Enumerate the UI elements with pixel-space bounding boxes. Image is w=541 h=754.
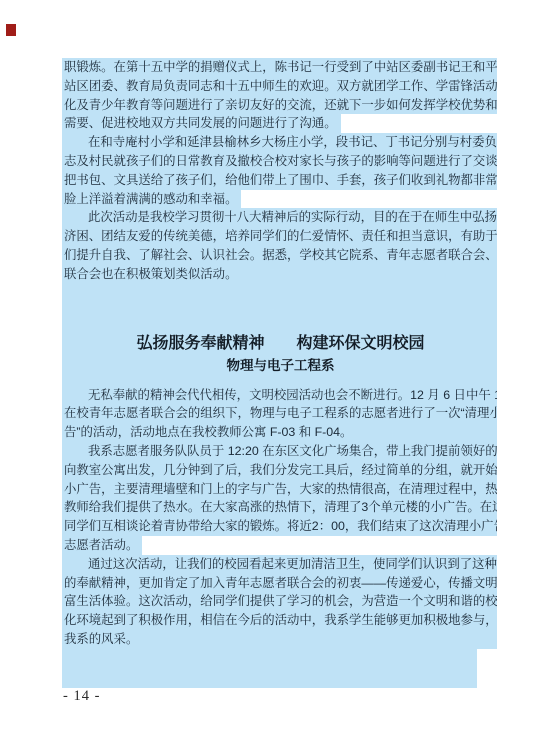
text-line: 把书包、文具送给了孩子们，给他们带上了围巾、手套，孩子们收到礼物都非常高兴， [62, 171, 497, 190]
text-line-highlight: 需要、促进校地双方共同发展的问题进行了沟通。 [62, 114, 341, 133]
page-number: - 14 - [63, 688, 100, 705]
highlight-gap [62, 284, 497, 332]
highlight-trailing-area [62, 649, 497, 688]
section-heading: 弘扬服务奉献精神 构建环保文明校园 [62, 332, 497, 356]
text-line: 我系志愿者服务队队员于 12:20 在东区文化广场集合，带上我门提前领好的工具， [62, 442, 497, 461]
text-line: 通过这次活动，让我们的校园看起来更加清洁卫生，使同学们认识到了这种宝贵 [62, 555, 497, 574]
red-corner-mark [6, 24, 16, 36]
text-line: 的奉献精神，更加肯定了加入青年志愿者联合会的初衷——传递爱心，传播文明，丰 [62, 574, 497, 593]
text-line: 联合会也在积极策划类似活动。 [62, 265, 497, 284]
text-line: 们提升自我、了解社会、认识社会。据悉，学校其它院系、青年志愿者联合会、社团 [62, 246, 497, 265]
highlight-fill [62, 649, 477, 688]
text-line: 无私奉献的精神会代代相传，文明校园活动也会不断进行。12 月 6 日中午 12 … [62, 386, 497, 405]
white-edge [477, 649, 497, 688]
text-line: 职锻炼。在第十五中学的捐赠仪式上，陈书记一行受到了中站区委副书记王和平、中 [62, 58, 497, 77]
text-line: 济困、团结友爱的传统美德，培养同学们的仁爱情怀、责任和担当意识，有助于同学 [62, 227, 497, 246]
text-line: 在校青年志愿者联合会的组织下，物理与电子工程系的志愿者进行了一次“清理小广 [62, 404, 497, 423]
text-line: 小广告，主要清理墙壁和门上的字与广告，大家的热情很高，在清理过程中，热心的 [62, 480, 497, 499]
text-line: 此次活动是我校学习贯彻十八大精神后的实际行动，目的在于在师生中弘扬扶危 [62, 208, 497, 227]
text-line: 志愿者活动。 [62, 536, 497, 555]
document-text-block: 职锻炼。在第十五中学的捐赠仪式上，陈书记一行受到了中站区委副书记王和平、中站区团… [62, 58, 497, 688]
text-line: 脸上洋溢着满满的感动和幸福。 [62, 190, 497, 209]
text-line: 化及青少年教育等问题进行了亲切友好的交流，还就下一步如何发挥学校优势和地方 [62, 96, 497, 115]
text-line: 同学们互相谈论着青协带给大家的锻炼。将近2：00，我们结束了这次清理小广告的 [62, 517, 497, 536]
text-line: 教师给我们提供了热水。在大家高涨的热情下，清理了3个单元楼的小广告。在这期间， [62, 498, 497, 517]
text-line: 志及村民就孩子们的日常教育及撤校合校对家长与孩子的影响等问题进行了交谈，并 [62, 152, 497, 171]
text-line: 富生活体验。这次活动，给同学们提供了学习的机会，为营造一个文明和谐的校园文 [62, 592, 497, 611]
highlight-gap [62, 376, 497, 386]
text-line-highlight: 志愿者活动。 [62, 536, 142, 555]
text-line: 向教室公寓出发，几分钟到了后，我们分发完工具后，经过简单的分组，就开始清理 [62, 461, 497, 480]
text-line: 在和寺庵村小学和延津县榆林乡大杨庄小学，段书记、丁书记分别与村委负责同 [62, 133, 497, 152]
text-line: 我系的风采。 [62, 630, 497, 649]
scanned-document-page: 职锻炼。在第十五中学的捐赠仪式上，陈书记一行受到了中站区委副书记王和平、中站区团… [0, 0, 541, 754]
text-line: 站区团委、教育局负责同志和十五中师生的欢迎。双方就团学工作、学雷锋活动常态 [62, 77, 497, 96]
text-line: 需要、促进校地双方共同发展的问题进行了沟通。 [62, 114, 497, 133]
text-line-highlight: 脸上洋溢着满满的感动和幸福。 [62, 190, 241, 209]
section-subheading: 物理与电子工程系 [62, 356, 497, 376]
text-line: 告”的活动，活动地点在我校教师公寓 F-03 和 F-04。 [62, 423, 497, 442]
text-line: 化环境起到了积极作用，相信在今后的活动中，我系学生能够更加积极地参与，展现 [62, 611, 497, 630]
